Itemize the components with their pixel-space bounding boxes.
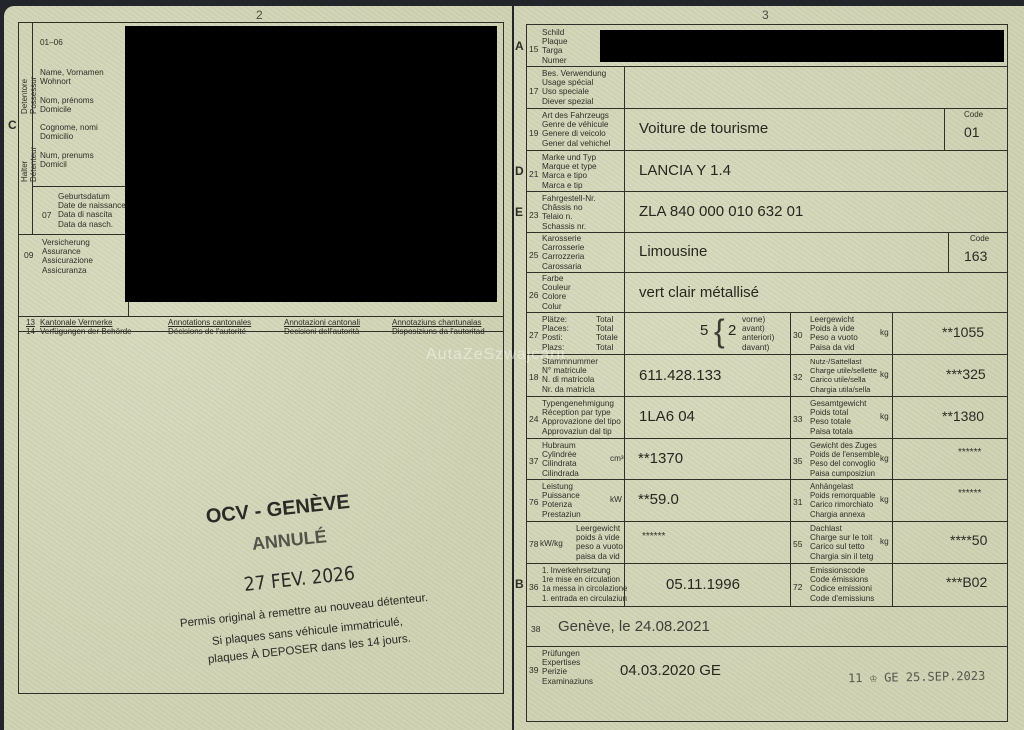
- field-23-number: 23: [529, 210, 538, 220]
- field-76-labels: LeistungPuissancePotenzaPrestaziun: [542, 482, 581, 519]
- field-32-unit: kg: [880, 370, 889, 379]
- roof-load-value: ****50: [950, 532, 987, 548]
- field-37-number: 37: [529, 456, 538, 466]
- total-weight-value: **1380: [942, 408, 984, 424]
- field-01-06-labels: Name, VornamenWohnort Nom, prénomsDomici…: [40, 68, 104, 169]
- field-26-number: 26: [529, 290, 538, 300]
- field-30-unit: kg: [880, 328, 889, 337]
- displacement-value: **1370: [638, 450, 683, 467]
- section-letter-e: E: [515, 205, 523, 219]
- field-78-number: 78: [529, 539, 538, 549]
- emission-code-value: ***B02: [946, 574, 987, 590]
- make-model-value: LANCIA Y 1.4: [639, 162, 731, 179]
- section-letter-d: D: [515, 164, 524, 178]
- field-76-number: 76: [529, 497, 538, 507]
- train-weight-value: ******: [958, 448, 981, 457]
- body-type-value: Limousine: [639, 243, 707, 260]
- page-number: 2: [256, 8, 263, 22]
- field-21-labels: Marke und TypMarque et typeMarca e tipoM…: [542, 153, 597, 190]
- field-36-labels: 1. Inverkehrsetzung1re mise en circulati…: [542, 566, 627, 603]
- field-33-labels: GesamtgewichtPoids totalPeso totalePaisa…: [810, 399, 866, 436]
- field-26-labels: FarbeCouleurColoreColur: [542, 274, 571, 311]
- field-07-number: 07: [42, 210, 51, 220]
- field-24-labels: TypengenehmigungRéception par typeApprov…: [542, 399, 621, 436]
- field-15-number: 15: [529, 44, 538, 54]
- field-25-number: 25: [529, 250, 538, 260]
- empty-weight-value: **1055: [942, 324, 984, 340]
- vertical-label-detenteur: DetentorePossessur: [20, 62, 38, 114]
- vehicle-type-code-label: Code: [964, 110, 983, 119]
- field-39-labels: PrüfungenExpertisesPerizieExaminaziuns: [542, 649, 593, 686]
- field-76-unit: kW: [610, 495, 622, 504]
- field-35-unit: kg: [880, 454, 889, 463]
- field-78-prefix: kW/kg: [540, 539, 563, 548]
- field-19-number: 19: [529, 128, 538, 138]
- color-value: vert clair métallisé: [639, 284, 759, 301]
- field-19-labels: Art des FahrzeugsGenre de véhiculeGenere…: [542, 111, 610, 148]
- field-30-number: 30: [793, 330, 802, 340]
- field-72-number: 72: [793, 582, 802, 592]
- vehicle-type-code: 01: [964, 124, 980, 140]
- chassis-number-value: ZLA 840 000 010 632 01: [639, 203, 803, 220]
- field-78-labels: Leergewichtpoids à videpeso a vuotopaisa…: [576, 524, 623, 561]
- field-31-unit: kg: [880, 495, 889, 504]
- field-18-number: 18: [529, 372, 538, 382]
- field-38-number: 38: [531, 624, 540, 634]
- field-33-unit: kg: [880, 412, 889, 421]
- body-type-code: 163: [964, 248, 987, 264]
- field-37-unit: cm³: [610, 454, 624, 463]
- section-letter-a: A: [515, 39, 524, 53]
- field-55-unit: kg: [880, 537, 889, 546]
- field-32-labels: Nutz-/SattellastCharge utile/selletteCar…: [810, 357, 877, 394]
- field-31-number: 31: [793, 497, 802, 507]
- page-number: 3: [762, 8, 769, 22]
- payload-value: ***325: [946, 366, 986, 382]
- registry-number-value: 611.428.133: [639, 367, 721, 384]
- field-25-labels: KarosserieCarrosserieCarrozzeriaCarossar…: [542, 234, 584, 271]
- watermark: AutaZeSzwajcarii: [426, 346, 566, 364]
- inspection-stamp: 11 ♔ GE 25.SEP.2023: [848, 669, 986, 685]
- field-21-number: 21: [529, 169, 538, 179]
- right-page: 3 A 15 SchildPlaqueTargaNumer 17 Bes. Ve…: [514, 6, 1024, 730]
- brace-icon: {: [714, 314, 725, 348]
- field-23-labels: Fahrgestell-Nr.Châssis noTelaio n.Schass…: [542, 194, 596, 231]
- field-39-number: 39: [529, 665, 538, 675]
- field-35-labels: Gewicht des ZugesPoids de l'ensemblePeso…: [810, 441, 880, 478]
- field-33-number: 33: [793, 414, 802, 424]
- trailer-load-value: ******: [958, 489, 981, 498]
- section-letter-b: B: [515, 577, 524, 591]
- field-55-number: 55: [793, 539, 802, 549]
- left-page: 2 C HalterDétenteur DetentorePossessur 0…: [4, 6, 512, 730]
- inspection-date-value: 04.03.2020 GE: [620, 662, 721, 679]
- field-36-number: 36: [529, 582, 538, 592]
- field-72-labels: EmissionscodeCode émissionsCodice emissi…: [810, 566, 874, 603]
- field-32-number: 32: [793, 372, 802, 382]
- field-09-number: 09: [24, 250, 33, 260]
- power-weight-ratio-value: ******: [642, 532, 665, 541]
- field-55-labels: DachlastCharge sur le toitCarico sul tet…: [810, 524, 873, 561]
- field-35-number: 35: [793, 456, 802, 466]
- section-letter-c: C: [8, 118, 17, 132]
- field-09-labels: VersicherungAssuranceAssicurazioneAssicu…: [42, 238, 93, 275]
- field-31-labels: AnhängelastPoids remorquableCarico rimor…: [810, 482, 875, 519]
- seats-total-value: 5: [700, 322, 708, 339]
- field-17-labels: Bes. VerwendungUsage spécialUso speciale…: [542, 69, 606, 106]
- type-approval-value: 1LA6 04: [639, 408, 695, 425]
- first-registration-value: 05.11.1996: [666, 576, 740, 593]
- vertical-label-halter: HalterDétenteur: [20, 126, 38, 182]
- field-37-labels: HubraumCylindréeCilindrataCilindrada: [542, 441, 579, 478]
- redacted-plate-number: [600, 30, 1004, 62]
- field-17-number: 17: [529, 86, 538, 96]
- issue-place-date-value: Genève, le 24.08.2021: [558, 618, 710, 635]
- field-15-labels: SchildPlaqueTargaNumer: [542, 28, 568, 65]
- redacted-holder-info: [125, 26, 497, 302]
- seats-front-value: 2: [728, 322, 736, 339]
- seats-front-labels: vorne)avant)anteriori)davant): [742, 315, 774, 352]
- field-01-06-number: 01–06: [40, 38, 63, 47]
- field-27-total-labels: TotalTotalTotaleTotal: [596, 315, 618, 352]
- body-type-code-label: Code: [970, 234, 989, 243]
- field-27-number: 27: [529, 330, 538, 340]
- field-30-labels: LeergewichtPoids à videPeso a vuotoPaisa…: [810, 315, 858, 352]
- vehicle-type-value: Voiture de tourisme: [639, 120, 768, 137]
- power-value: **59.0: [638, 491, 679, 508]
- field-07-labels: GeburtsdatumDate de naissanceData di nas…: [58, 192, 126, 229]
- field-24-number: 24: [529, 414, 538, 424]
